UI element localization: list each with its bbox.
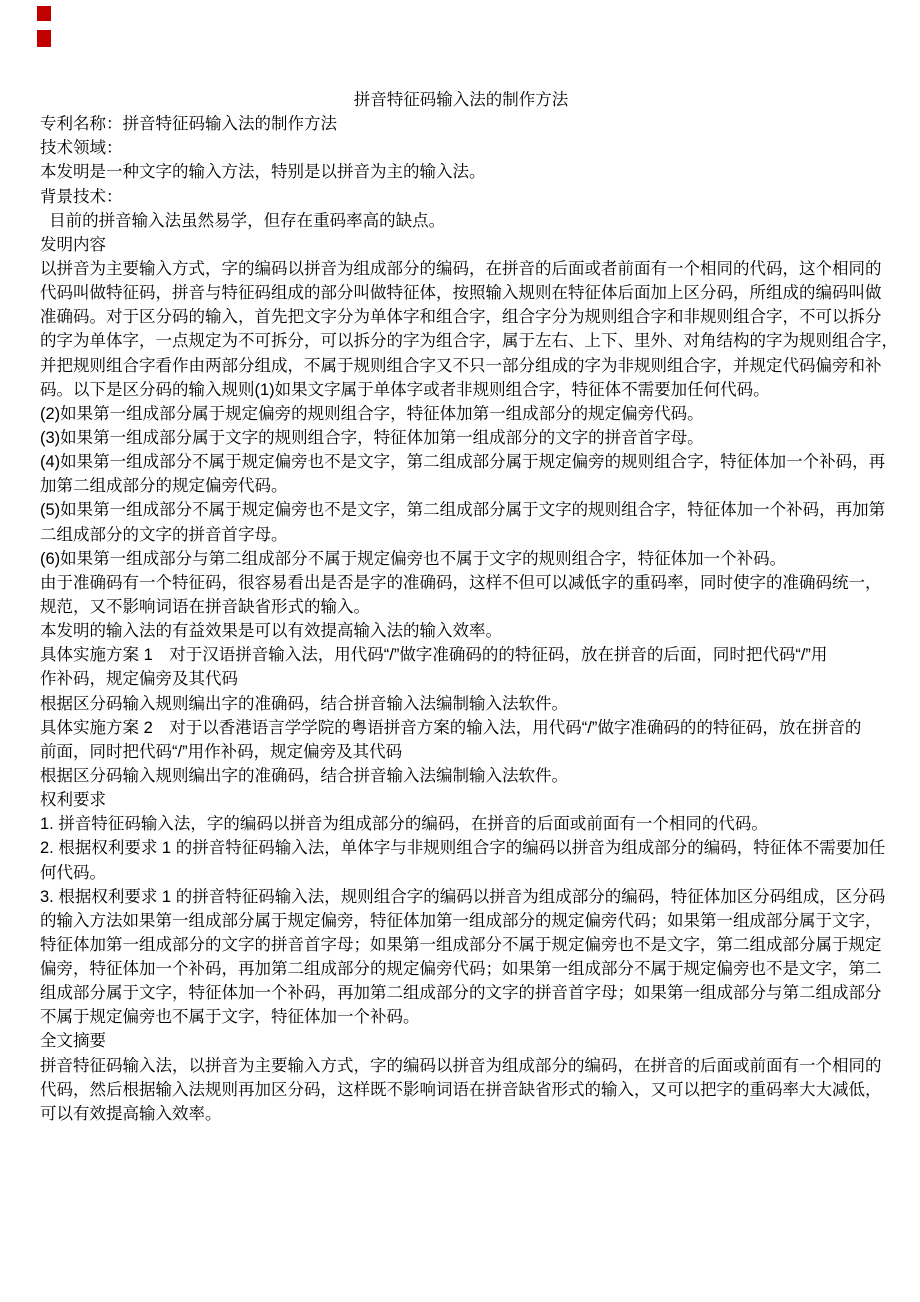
text-line: 码。以下是区分码的输入规则(1)如果文字属于单体字或者非规则组合字，特征体不需要… <box>40 378 882 402</box>
text-line: 加第二组成部分的规定偏旁代码。 <box>40 474 882 498</box>
text-line: 的输入方法如果第一组成部分属于规定偏旁，特征体加第一组成部分的规定偏旁代码；如果… <box>40 909 882 933</box>
document-page: 拼音特征码输入法的制作方法 专利名称：拼音特征码输入法的制作方法 技术领域：本发… <box>0 0 920 1302</box>
patent-document: 拼音特征码输入法的制作方法 专利名称：拼音特征码输入法的制作方法 技术领域：本发… <box>40 88 882 1126</box>
text-line: 拼音特征码输入法，以拼音为主要输入方式，字的编码以拼音为组成部分的编码，在拼音的… <box>40 1054 882 1078</box>
text-line: (4)如果第一组成部分不属于规定偏旁也不是文字，第二组成部分属于规定偏旁的规则组… <box>40 450 882 474</box>
text-line: 根据区分码输入规则编出字的准确码，结合拼音输入法编制输入法软件。 <box>40 692 882 716</box>
text-line: 的字为单体字，一点规定为不可拆分，可以拆分的字为组合字，属于左右、上下、里外、对… <box>40 329 882 353</box>
red-stamp-mark-bottom <box>37 30 51 47</box>
text-line: 特征体加第一组成部分的文字的拼音首字母；如果第一组成部分不属于规定偏旁也不是文字… <box>40 933 882 957</box>
text-line: 组成部分属于文字，特征体加一个补码，再加第二组成部分的文字的拼音首字母；如果第一… <box>40 981 882 1005</box>
text-line: (5)如果第一组成部分不属于规定偏旁也不是文字，第二组成部分属于文字的规则组合字… <box>40 498 882 522</box>
text-line: 可以有效提高输入效率。 <box>40 1102 882 1126</box>
text-line: 并把规则组合字看作由两部分组成，不属于规则组合字又不只一部分组成的字为非规则组合… <box>40 354 882 378</box>
section-heading: 全文摘要 <box>40 1029 882 1053</box>
section-heading: 技术领域： <box>40 136 882 160</box>
text-line: (6)如果第一组成部分与第二组成部分不属于规定偏旁也不属于文字的规则组合字，特征… <box>40 547 882 571</box>
text-line: 作补码，规定偏旁及其代码 <box>40 667 882 691</box>
text-line: (2)如果第一组成部分属于规定偏旁的规则组合字，特征体加第一组成部分的规定偏旁代… <box>40 402 882 426</box>
text-line: 代码，然后根据输入法规则再加区分码，这样既不影响词语在拼音缺省形式的输入，又可以… <box>40 1078 882 1102</box>
text-line: 前面，同时把代码“/”用作补码，规定偏旁及其代码 <box>40 740 882 764</box>
text-line: 根据区分码输入规则编出字的准确码，结合拼音输入法编制输入法软件。 <box>40 764 882 788</box>
text-line: (3)如果第一组成部分属于文字的规则组合字，特征体加第一组成部分的文字的拼音首字… <box>40 426 882 450</box>
text-line: 偏旁，特征体加一个补码，再加第二组成部分的规定偏旁代码；如果第一组成部分不属于规… <box>40 957 882 981</box>
text-line: 1. 拼音特征码输入法，字的编码以拼音为组成部分的编码，在拼音的后面或前面有一个… <box>40 812 882 836</box>
document-body: 技术领域：本发明是一种文字的输入方法，特别是以拼音为主的输入法。背景技术： 目前… <box>40 136 882 1126</box>
text-line: 准确码。对于区分码的输入，首先把文字分为单体字和组合字，组合字分为规则组合字和非… <box>40 305 882 329</box>
text-line: 规范，又不影响词语在拼音缺省形式的输入。 <box>40 595 882 619</box>
text-line: 以拼音为主要输入方式，字的编码以拼音为组成部分的编码，在拼音的后面或者前面有一个… <box>40 257 882 281</box>
red-stamp-mark-top <box>37 6 51 21</box>
text-line: 何代码。 <box>40 861 882 885</box>
text-line: 本发明的输入法的有益效果是可以有效提高输入法的输入效率。 <box>40 619 882 643</box>
text-line: 具体实施方案 1 对于汉语拼音输入法，用代码“/”做字准确码的的特征码，放在拼音… <box>40 643 882 667</box>
text-line: 3. 根据权利要求 1 的拼音特征码输入法，规则组合字的编码以拼音为组成部分的编… <box>40 885 882 909</box>
text-line: 由于准确码有一个特征码，很容易看出是否是字的准确码，这样不但可以减低字的重码率，… <box>40 571 882 595</box>
document-title: 拼音特征码输入法的制作方法 <box>40 88 882 112</box>
text-line: 具体实施方案 2 对于以香港语言学学院的粤语拼音方案的输入法，用代码“/”做字准… <box>40 716 882 740</box>
text-line: 代码叫做特征码，拼音与特征码组成的部分叫做特征体，按照输入规则在特征体后面加上区… <box>40 281 882 305</box>
patent-name-line: 专利名称：拼音特征码输入法的制作方法 <box>40 112 882 136</box>
section-heading: 发明内容 <box>40 233 882 257</box>
text-line: 2. 根据权利要求 1 的拼音特征码输入法，单体字与非规则组合字的编码以拼音为组… <box>40 836 882 860</box>
text-line: 本发明是一种文字的输入方法，特别是以拼音为主的输入法。 <box>40 160 882 184</box>
text-line: 目前的拼音输入法虽然易学，但存在重码率高的缺点。 <box>40 209 882 233</box>
section-heading: 权利要求 <box>40 788 882 812</box>
text-line: 不属于规定偏旁也不属于文字，特征体加一个补码。 <box>40 1005 882 1029</box>
section-heading: 背景技术： <box>40 185 882 209</box>
text-line: 二组成部分的文字的拼音首字母。 <box>40 523 882 547</box>
